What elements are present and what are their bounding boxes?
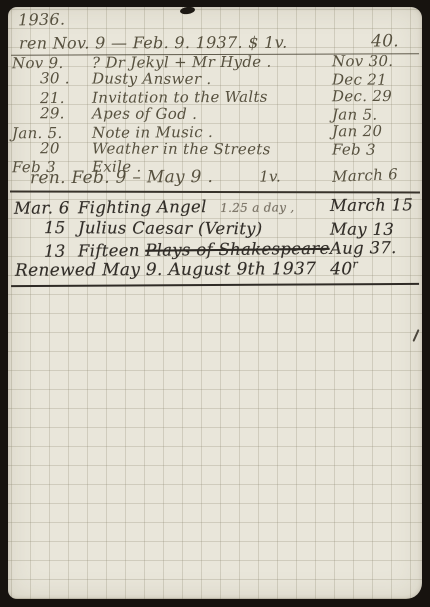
fee-note: 1.25 a day , [220, 200, 294, 215]
return-date: Dec. 29 [332, 88, 420, 105]
pen-tick-mark [412, 329, 419, 342]
renewal-fee-unit: r [352, 257, 358, 270]
borrow-date: 15 [14, 217, 78, 239]
subscription-text: ren. Feb. 9 – May 9 . [30, 167, 213, 188]
return-date: Jan 5. [332, 107, 420, 123]
borrow-date: 20 [12, 140, 92, 156]
book-title: Julius Caesar (Verity) [78, 218, 330, 241]
book-title-text: Fighting Angel [78, 197, 207, 217]
return-date: Nov 30. [332, 53, 420, 70]
ledger-row: Mar. 6 Fighting Angel 1.25 a day , March… [14, 195, 420, 220]
book-title: Note in Music . [92, 123, 332, 140]
book-title: Dusty Answer . [92, 71, 332, 88]
year-label: 1936. [18, 10, 66, 30]
renewal-fee: 40r [330, 259, 358, 279]
book-title: ? Dr Jekyl + Mr Hyde . [92, 53, 332, 70]
deposit-amount: 40. [371, 31, 415, 51]
book-title: Weather in the Streets [92, 140, 332, 157]
subscription-line-2: ren. Feb. 9 – May 9 . 1v. [30, 166, 382, 188]
borrow-date: Mar. 6 [14, 198, 78, 220]
ledger-section-2: Mar. 6 Fighting Angel 1.25 a day , March… [14, 197, 420, 262]
renewal-fee-amount: 40 [330, 259, 352, 279]
book-title: Invitation to the Walts [92, 88, 332, 105]
borrow-date: 29. [12, 105, 92, 121]
borrow-date: 30 . [12, 71, 92, 87]
return-date: Jan 20 [332, 122, 420, 139]
return-date: March 15 [330, 195, 420, 217]
ledger-section-1: Nov 9. ? Dr Jekyl + Mr Hyde . Nov 30. 30… [12, 54, 420, 176]
section-divider [10, 190, 420, 193]
book-title: Fighting Angel 1.25 a day , [78, 196, 330, 220]
renewal-line: Renewed May 9. August 9th 193740r [11, 257, 419, 287]
return-date: Dec 21 [332, 72, 420, 88]
volume-count: 1v. [259, 167, 281, 185]
renewal-text: Renewed May 9. August 9th 1937 [15, 259, 316, 281]
ink-smudge-mark [180, 6, 196, 15]
lending-card: 1936. ren Nov. 9 — Feb. 9. 1937. $ 1v. 4… [8, 7, 422, 599]
subscription-text: ren Nov. 9 — Feb. 9. 1937. $ 1v. [19, 33, 288, 53]
book-title: Apes of God . [92, 106, 332, 123]
return-date: Feb 3 [332, 141, 420, 157]
